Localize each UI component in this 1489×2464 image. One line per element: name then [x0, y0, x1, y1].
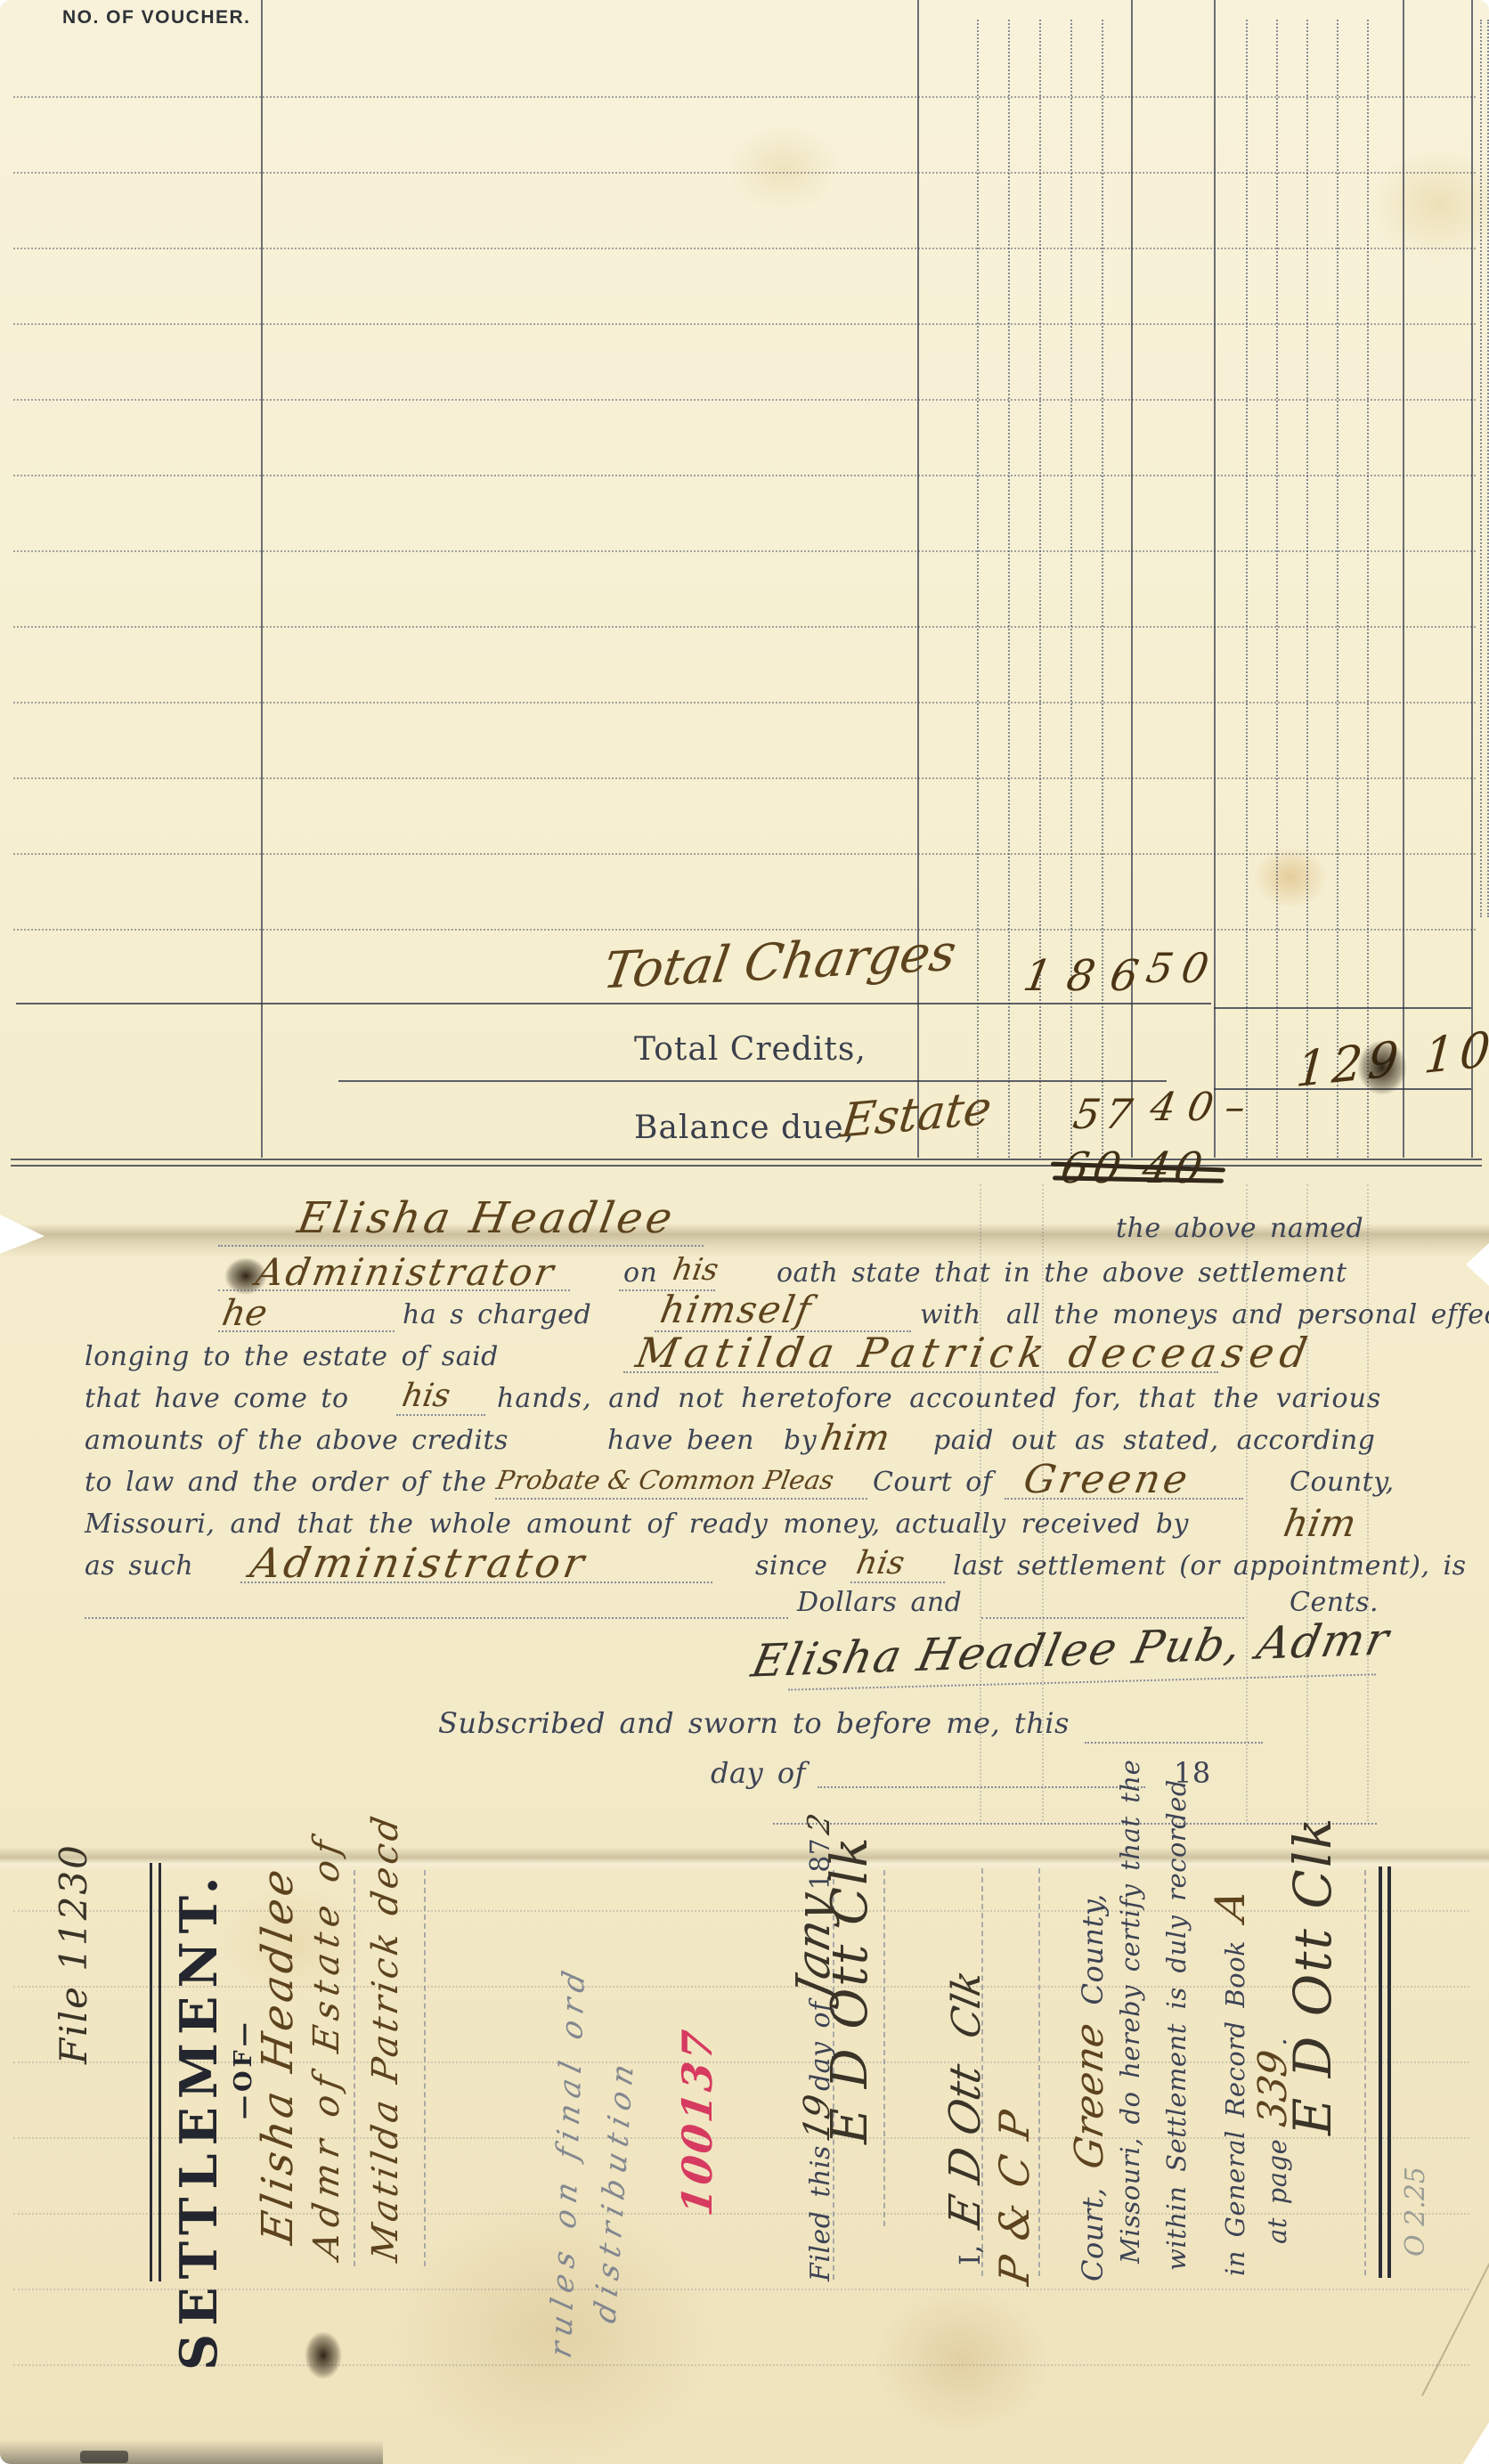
cents-column-dotted-line — [1480, 20, 1482, 917]
him-handwritten: him — [818, 1418, 893, 1459]
printed-text: ha s charged — [403, 1299, 591, 1330]
party-name-handwritten: Elisha Headlee — [253, 1862, 303, 2248]
him-handwritten: him — [1281, 1501, 1360, 1545]
role-handwritten: Administrator — [247, 1539, 591, 1587]
total-row-line — [11, 1165, 1482, 1167]
printed-text: Court of — [873, 1467, 992, 1498]
printed-text: with — [920, 1299, 981, 1330]
fill-in-line — [240, 1582, 712, 1583]
estate-name-handwritten: Matilda Patrick decd — [365, 1810, 406, 2265]
ledger-row-line — [13, 853, 1476, 855]
printed-text: oath state that in the above settlement — [777, 1257, 1347, 1289]
ink-blot — [1357, 1040, 1407, 1095]
role-handwritten: Administrator — [253, 1250, 559, 1294]
he-handwritten: he — [219, 1293, 271, 1334]
his-handwritten: his — [399, 1378, 452, 1414]
ledger-row-line — [13, 399, 1476, 401]
year-digit-handwritten: 2 — [801, 1810, 837, 1837]
subscribed-line: Subscribed and sworn to before me, this — [438, 1706, 1070, 1740]
his-handwritten: his — [853, 1545, 907, 1582]
certification-court-line: Court, Greene County, — [1067, 1893, 1112, 2281]
day-of-label: day of — [711, 1756, 806, 1790]
court-name-handwritten: Probate & Common Pleas — [494, 1465, 836, 1495]
estate-name-handwritten: Matilda Patrick deceased — [632, 1329, 1317, 1377]
printed-text: County, — [1290, 1467, 1395, 1498]
printed-text: amounts of the above credits — [85, 1425, 509, 1456]
ledger-row-line — [13, 626, 1476, 628]
county-name-handwritten: Greene — [1021, 1457, 1195, 1502]
clerk-title-handwritten: Clk — [944, 1966, 989, 2042]
endorsement-rule — [159, 1863, 161, 2281]
torn-corner — [1452, 2415, 1489, 2464]
file-number-handwritten: File 11230 — [52, 1843, 95, 2064]
county-label: County, — [1076, 1893, 1110, 2005]
clerk-signature-certification: E D Ott Clk — [1282, 1817, 1343, 2135]
endorsement-edge-rule — [1379, 1866, 1382, 2278]
cents-column-dotted-line — [1337, 20, 1338, 1158]
pencil-note: rules on final ord — [543, 1961, 592, 2362]
endorsement-fill-line — [1364, 1870, 1366, 2275]
endorsement-fill-line — [883, 1870, 885, 2226]
pencil-fee-note: O 2.25 — [1400, 2167, 1431, 2257]
fill-in-line — [818, 1786, 1145, 1788]
cents-column-dotted-line — [1306, 20, 1308, 1158]
ledger-row-line — [13, 929, 1476, 931]
dollars-and-label: Dollars and — [797, 1587, 962, 1618]
book-letter-handwritten: A — [1206, 1886, 1254, 1924]
faint-back-row-line — [13, 2289, 1469, 2290]
printed-text: paid out as stated, according — [933, 1425, 1375, 1456]
fill-in-line — [1005, 1498, 1243, 1500]
endorsement-edge-rule — [1387, 1866, 1391, 2278]
county-handwritten: Greene — [1067, 2020, 1112, 2173]
above-named-text: the above named — [1116, 1213, 1363, 1244]
fill-in-line — [850, 1582, 945, 1583]
clerk-name-handwritten: E D Ott — [940, 2060, 990, 2232]
fill-in-line — [85, 1617, 788, 1619]
ledger-row-line — [13, 172, 1476, 174]
ink-blot — [305, 2331, 342, 2379]
total-row-line — [338, 1080, 1167, 1082]
balance-due-label: Balance due, — [634, 1110, 855, 1146]
printed-text: longing to the estate of said — [85, 1341, 499, 1372]
ledger-row-line — [13, 702, 1476, 703]
endorsement-fill-line — [354, 1870, 355, 2266]
record-book-label: in General Record Book — [1220, 1940, 1250, 2276]
column-line — [261, 0, 263, 1158]
printed-text: as such — [85, 1550, 193, 1582]
printed-text: last settlement (or appointment), is — [953, 1550, 1467, 1582]
endorsement-fill-line — [1038, 1868, 1040, 2276]
printed-text: hands, and not heretofore accounted for,… — [497, 1383, 1381, 1414]
printed-text: all the moneys and personal effects be- — [1006, 1299, 1489, 1330]
cents-column-dotted-line — [1367, 20, 1369, 1158]
endorsement-rule — [150, 1863, 152, 2281]
party-role-handwritten: Admr of Estate of — [306, 1831, 347, 2262]
scanned-settlement-document: NO. OF VOUCHER. Total Charges 186 50 Tot… — [0, 0, 1489, 2464]
balance-cents: 4 0 – — [1147, 1085, 1249, 1130]
scan-shadow — [0, 2440, 383, 2464]
total-row-line — [11, 1159, 1482, 1160]
printed-text: that have come to — [85, 1383, 349, 1414]
endorsement-fill-line — [424, 1870, 426, 2266]
ledger-row-line — [13, 777, 1476, 779]
fill-in-line — [623, 1371, 1218, 1373]
clerk-signature-filed: E D Ott Clk — [821, 1835, 879, 2144]
total-charges-dollars: 186 — [1020, 951, 1158, 1001]
cents-column-dotted-line — [1276, 20, 1278, 1158]
court-abbrev-handwritten: P & C P — [990, 2105, 1038, 2288]
printed-text: since — [755, 1550, 827, 1582]
filed-this-label: Filed this — [805, 2145, 836, 2281]
fill-in-line — [495, 1498, 867, 1500]
court-label: Court, — [1076, 2187, 1110, 2281]
i-label: I, — [953, 2244, 987, 2265]
printed-text: have been — [607, 1425, 754, 1456]
printed-text: on — [623, 1257, 657, 1289]
certification-clerk-line: I, E D Ott Clk — [940, 1972, 990, 2265]
himself-handwritten: himself — [657, 1288, 816, 1331]
printed-text: to law and the order of the — [85, 1467, 487, 1498]
at-page-label: at page — [1262, 2139, 1292, 2244]
voucher-column-header: NO. OF VOUCHER. — [62, 7, 251, 28]
total-charges-handwritten: Total Charges — [599, 923, 960, 1000]
ledger-row-line — [13, 475, 1476, 476]
scan-shadow — [80, 2451, 128, 2463]
cents-column-dotted-line — [977, 20, 979, 1158]
crease-line — [1421, 2261, 1489, 2396]
column-line — [1471, 0, 1473, 1158]
fill-in-line — [218, 1330, 395, 1332]
cents-column-dotted-line — [1008, 20, 1010, 1158]
fill-in-line — [1085, 1742, 1263, 1744]
red-number-stamp: 100137 — [673, 2025, 721, 2219]
fill-in-line — [218, 1245, 704, 1247]
pencil-note: distribution — [588, 2053, 641, 2327]
balance-due-payee-handwritten: Estate — [839, 1081, 995, 1149]
column-line — [1403, 0, 1404, 1158]
total-row-line — [16, 1003, 1211, 1004]
record-book-line: in General Record Book A — [1206, 1891, 1254, 2276]
fill-in-line — [981, 1617, 1244, 1619]
cents-column-dotted-line — [1246, 20, 1248, 1158]
torn-edge — [1466, 1243, 1489, 1286]
total-credits-label: Total Credits, — [634, 1031, 867, 1068]
certification-text: within Settlement is duly recorded — [1161, 1779, 1192, 2271]
total-row-line — [1214, 1007, 1471, 1009]
faint-column-line — [1367, 1184, 1369, 1821]
ledger-row-line — [13, 96, 1476, 98]
his-handwritten: his — [670, 1252, 720, 1288]
fill-in-line — [396, 1414, 485, 1416]
balance-dollars: 57 — [1070, 1090, 1141, 1138]
fill-in-line — [218, 1289, 570, 1291]
printed-text: by — [784, 1425, 817, 1456]
ledger-row-line — [13, 550, 1476, 552]
printed-text: Missouri, and that the whole amount of r… — [85, 1508, 1189, 1540]
column-line — [917, 0, 919, 1158]
settlement-title: SETTLEMENT. — [169, 1869, 229, 2371]
total-charges-cents: 50 — [1143, 944, 1221, 992]
ledger-row-line — [13, 323, 1476, 325]
ledger-row-line — [13, 248, 1476, 249]
faint-back-row-line — [13, 2364, 1469, 2366]
administrator-name-handwritten: Elisha Headlee — [294, 1193, 679, 1243]
torn-edge — [0, 1215, 45, 1254]
certification-text: Missouri, do hereby certify that the — [1115, 1760, 1145, 2264]
